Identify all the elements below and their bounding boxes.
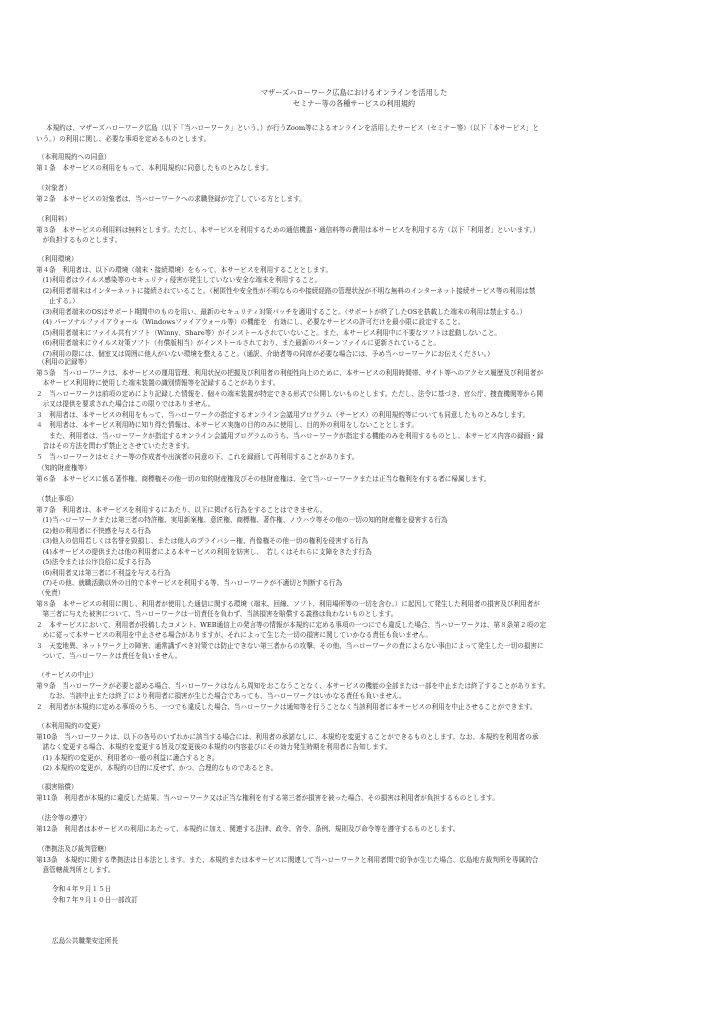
article-line: 第５条 当ハローワークは、本サービスの運用管理、利用状況の把握及び利用者の利便性… [36,368,543,378]
article-heading: （本利用規約の変更） [38,721,104,731]
article-line: 止する。） [36,296,79,306]
article-line: 示又は提供を要求された場合はこの限りではありません。 [36,399,214,409]
intro-line2: いう。）の利用に関し、必要な事項を定めるものとします。 [36,134,210,144]
article-line: 第１条 本サービスの利用をもって、本利用規約に同意したものとみなします。 [36,163,273,173]
article-line: 第三者に与えた被害について、当ハローワークは一切責任を負わず、当該損害を賠償する… [36,609,397,619]
article-line: 第７条 利用者は、本サービスを利用するにあたり、以下に掲げる行為をすることはでき… [36,505,327,515]
article-line: ２ 利用者が本規約に定める事項のうち、一つでも違反した場合、当ハローワークは通知… [36,702,537,712]
article-heading: （損害賠償） [38,782,78,792]
article-line: ２ 当ハローワークは前項の定めにより記録した情報を、個々の端末装置が特定できる形… [36,389,543,399]
article-line: が負担するものとします。 [36,235,121,245]
intro-line1: 本規約は、マザーズハローワーク広島（以下「当ハローワーク」という。）が行うZoo… [46,123,539,133]
article-line: 第９条 当ハローワークが必要と認める場合、当ハローワークはなんら周知をおこなうこ… [36,681,550,691]
article-heading: （禁止事項） [38,494,78,504]
article-line: (6)利用者又は第三者に不利益を与える行為 [36,568,171,578]
article-line: (1)利用者はウイルス感染等のセキュリティ侵害が発生していない安全な端末を利用す… [36,275,321,285]
article-line: (4) パーソナルファイアウォール（Windowsファイアウォール等）の機能を … [36,317,465,327]
article-heading: （免責） [38,588,64,598]
issuer: 広島公共職業安定所長 [52,936,118,946]
article-line: 第２条 本サービスの対象者は、当ハローワークへの求職登録が完了している方とします… [36,194,306,204]
article-line: (6)利用者端末にウイルス対策ソフト（有償版相当）がインストールされており、また… [36,338,440,348]
article-line: (3)他人の信用若しくは名誉を毀損し、または他人のプライバシー権、肖像権その他一… [36,536,368,546]
article-line: また、利用者は、当ハローワークが指定するオンライン会議用プログラムのうち、当ハロ… [36,431,543,441]
article-line: 本サービス利用時に使用した端末装置の識別情報等を記録することがあります。 [36,378,279,388]
article-line: 第６条 本サービスに係る著作権、商標権その他一切の知的財産権及びその他財産権は、… [36,474,490,484]
article-line: (1)当ハローワークまたは第三者の特許権、実用新案権、意匠権、商標権、著作権、ノ… [36,515,448,525]
article-line: (2) 本規約の変更が、本規約の目的に反せず、かつ、合理的なものであるとき。 [36,763,277,773]
article-line: ３ 利用者は、本サービスの利用をもって、当ハローワークの指定するオンライン会議用… [36,410,529,420]
article-line: (7)その他、就職活動以外の目的で本サービスを利用する等、当ハローワークが不適切… [36,578,342,588]
article-heading: （準拠法及び裁判管轄） [38,844,111,854]
article-line: 第４条 利用者は、以下の環境（端末・接続環境）をもって、本サービスを利用すること… [36,265,332,275]
document-title-line1: マザーズハローワーク広島におけるオンラインを活用した [0,87,708,98]
article-heading: （対象者） [38,183,71,193]
article-line: ５ 当ハローワークはセミナー等の作成者や出演者の同意の下、これを録画して再利用す… [36,452,359,462]
article-line: (2)利用者端末はインターネットに接続されていること。（秘匿性や安全性が不明なも… [36,286,535,296]
article-heading: （本利用規約への同意） [38,152,111,162]
article-line: (2)他の利用者に不快感を与える行為 [36,526,151,536]
article-line: 音はその方法を問わず禁止とさせていただきます。 [36,441,194,451]
article-line: 第10条 当ハローワークは、以下の各号のいずれかに該当する場合には、利用者の承諾… [36,732,538,742]
article-line: 意管轄裁判所とします。 [36,865,115,875]
article-heading: （利用料） [38,214,71,224]
document-title-line2: セミナー等の各種サービスの利用規約 [0,98,708,109]
article-line: 第11条 利用者が本規約に違反した結果、当ハローワーク又は正当な権利を有する第三… [36,793,499,803]
article-line: 第12条 利用者は本サービスの利用にあたって、本規約に加え、関連する法律、政令、… [36,824,460,834]
article-line: めに従って本サービスの利用を中止させる場合がありますが、それによって生じた一切の… [36,630,432,640]
article-line: (5)利用者端末にファイル共有ソフト（Winny、Share等）がインストールさ… [36,328,501,338]
article-line: (4)本サービスの提供または他の利用者による本サービスの利用を妨害し、 若しくは… [36,547,372,557]
article-line: (1) 本規約の変更が、利用者の一般の利益に適合するとき。 [36,753,219,763]
article-line: 第13条 本規約に関する準拠法は日本法とします。また、本規約または本サービスに関… [36,855,538,865]
article-line: 諾なく変更する場合、本規約を変更する旨及び変更後の本規約の内容並びにその効力発生… [36,742,392,752]
article-heading: （法令等の遵守） [38,813,91,823]
article-line: ４ 利用者は、本サービス利用時に知り得た情報は、本サービス実施の目的のみに使用し… [36,420,418,430]
article-line: なお、当該中止または終了により利用者に損害が生じた場合であっても、当ハローワーク… [36,691,406,701]
article-heading: （利用環境） [38,254,78,264]
article-line: 第８条 本サービスの利用に関し、利用者が使用した通信に関する環境（端末、回線、ソ… [36,599,540,609]
article-line: (3)利用者端末のOSはサポート期間中のものを用い、最新のセキュリティ対策パッチ… [36,307,526,317]
article-line: ついて、当ハローワークは責任を負いません。 [36,651,181,661]
article-heading: （利用の記録等） [38,357,91,367]
article-line: 第３条 本サービスの利用料は無料とします。ただし、本サービスを利用するための通信… [36,225,539,235]
article-line: ３ 天変地異、ネットワーク上の障害、通常講ずべき対策では防止できない第三者からの… [36,641,544,651]
article-line: (7)利用の際には、個室又は周囲に他人がいない環境を整えること。（通訳、介助者等… [36,349,494,359]
date-revised: 令和７年９月１０日一部改訂 [52,895,138,905]
article-line: (5)法令または公序良俗に反する行為 [36,557,151,567]
article-heading: （知的財産権等） [38,463,91,473]
article-heading: （サービスの中止） [38,670,97,680]
article-line: ２ 本サービスにおいて、利用者が投稿したコメント、WEB通信上の発言等の情報が本… [36,620,546,630]
date-established: 令和４年９月１５日 [52,884,111,894]
